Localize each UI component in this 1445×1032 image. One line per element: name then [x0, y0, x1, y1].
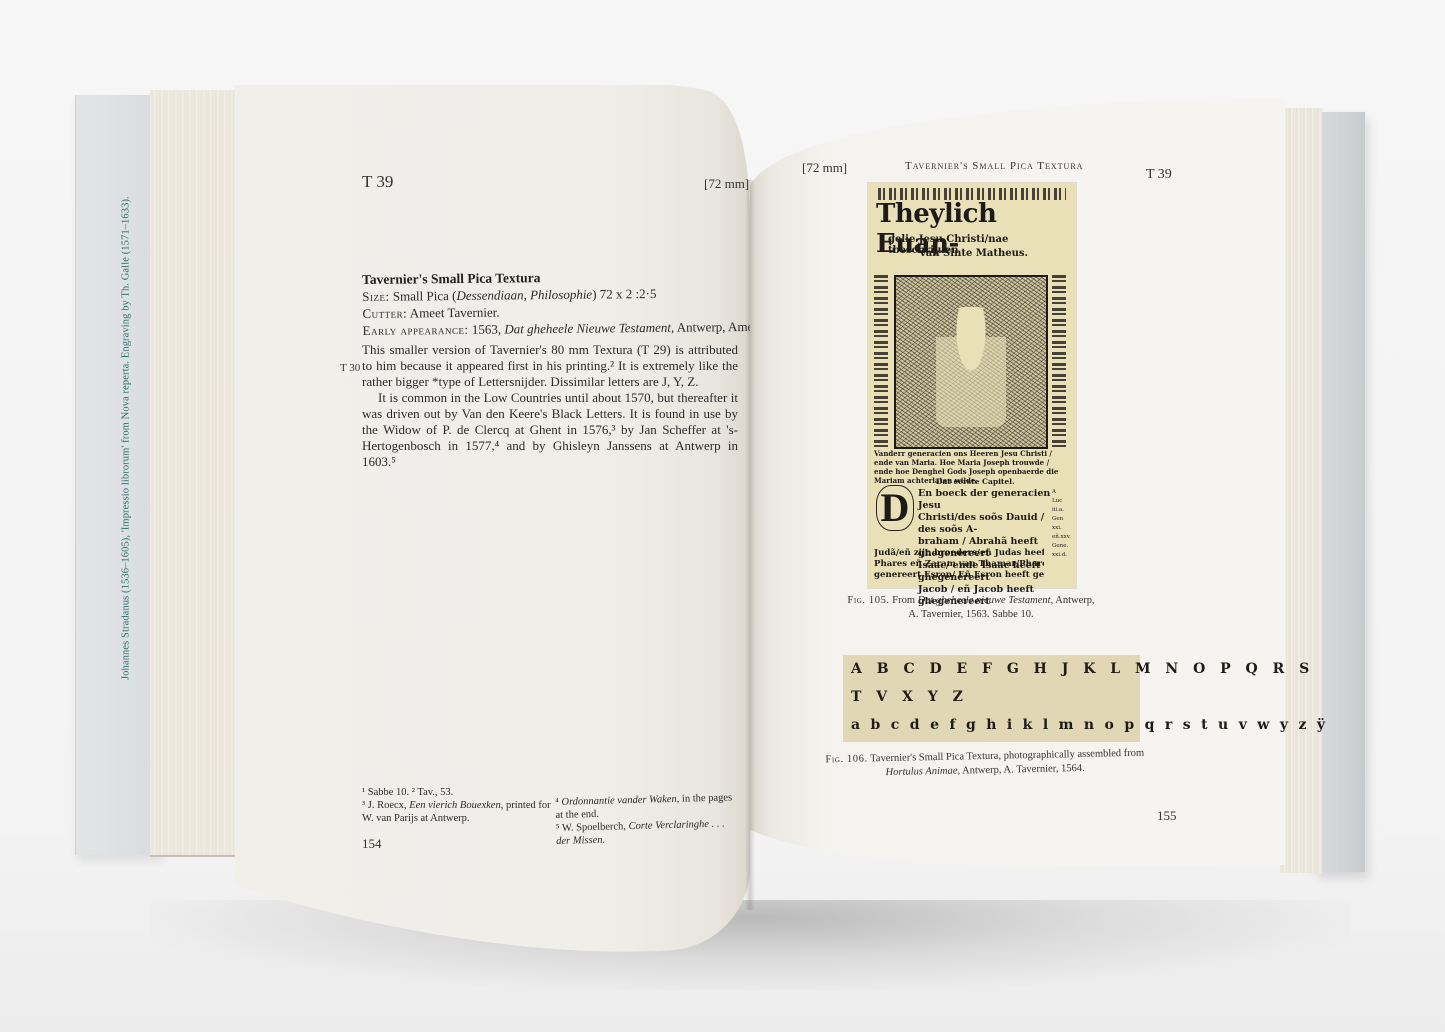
paragraph-1: This smaller version of Tavernier's 80 m… [362, 342, 738, 390]
folio-155: 155 [1157, 808, 1177, 824]
book-cover-right [1315, 112, 1365, 872]
footnote-1-2: ¹ Sabbe 10. ² Tav., 53. [362, 786, 552, 799]
evangelist-figure [936, 307, 1006, 427]
book-shadow [150, 900, 1350, 990]
margin-note-t30: T 30 [340, 362, 360, 374]
folio-154: 154 [362, 836, 382, 852]
running-head-right-section: T 39 [1146, 167, 1172, 183]
figure-105-subtitle-2: van Sinte Matheus. [920, 248, 1028, 259]
figure-105-body-bottom: Judã/eñ zijn broeders/eñ Judas heeft ghe… [874, 548, 1044, 581]
figure-105-chapter: Dat eerste Capitel. [936, 477, 1015, 486]
page-stack-right [1280, 108, 1322, 873]
figure-106-alphabet-specimen: A B C D E F G H J K L M N O P Q R S T V … [843, 655, 1140, 742]
spine-caption: Johannes Stradanus (1536–1605), 'Impress… [118, 280, 134, 680]
ornamental-border-left [874, 275, 888, 447]
book-gutter [745, 180, 755, 910]
alphabet-lowercase-row: a b c d e f g h i k l m n o p q r s t u … [851, 717, 1328, 733]
footnote-5: ⁵ W. Spoelberch, Corte Verclaringhe . . … [556, 817, 742, 848]
paragraph-2: It is common in the Low Countries until … [362, 390, 738, 470]
running-head-left-section: T 39 [362, 172, 393, 192]
alphabet-uppercase-row-1: A B C D E F G H J K L M N O P Q R S [851, 661, 1314, 677]
page-stack-left [150, 90, 240, 857]
decorated-initial: D [876, 485, 914, 531]
running-head-left-size: [72 mm] [704, 176, 749, 192]
woodcut-illustration [894, 275, 1048, 449]
alphabet-uppercase-row-2: T V X Y Z [851, 689, 968, 705]
type-entry-header: Tavernier's Small Pica Textura Size: Sma… [362, 268, 743, 339]
body-text: This smaller version of Tavernier's 80 m… [362, 342, 738, 470]
figure-105-side-notes: A Luc iii.a. Gen xxi. eñ.xxv. Gene. xxi.… [1052, 488, 1074, 560]
footnote-3: ³ J. Roecx, Een vierich Bouexken, printe… [362, 799, 552, 825]
running-head-right-size: [72 mm] [802, 160, 847, 176]
figure-105-title-page: Theylich Euan- gelie Jesu Christi/nae tb… [868, 183, 1076, 588]
ornamental-border-right [1052, 275, 1066, 447]
footnotes-col-1: ¹ Sabbe 10. ² Tav., 53. ³ J. Roecx, Een … [362, 786, 552, 825]
figure-105-caption: Fig. 105. From Dat gheheele nieuwe Testa… [845, 594, 1097, 622]
running-head-title: Tavernier's Small Pica Textura [905, 160, 1083, 172]
footnotes-col-2: ⁴ Ordonnantie vander Waken, in the pages… [555, 791, 741, 848]
